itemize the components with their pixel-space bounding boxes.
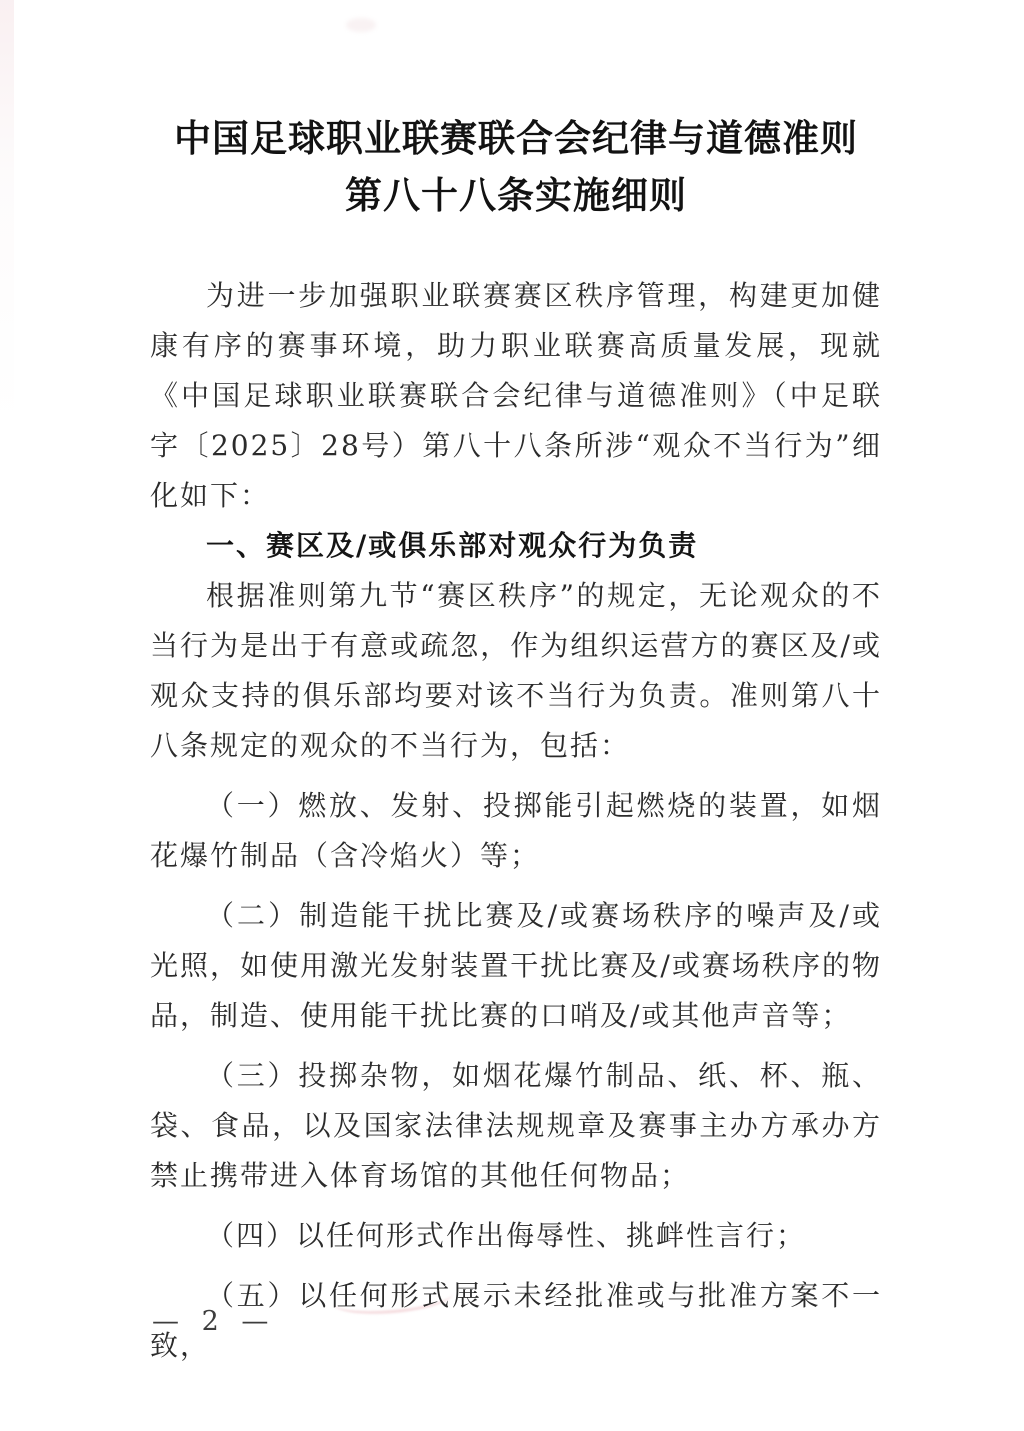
page-number: — 2 — [152,1306,275,1337]
document-title-line-2: 第八十八条实施细则 [150,167,882,224]
document-title: 中国足球职业联赛联合会纪律与道德准则 第八十八条实施细则 [150,110,882,224]
paragraph: 根据准则第九节“赛区秩序”的规定，无论观众的不当行为是出于有意或疏忽，作为组织运… [150,571,882,771]
paragraph: （四）以任何形式作出侮辱性、挑衅性言行； [150,1211,882,1261]
document-content: 中国足球职业联赛联合会纪律与道德准则 第八十八条实施细则 为进一步加强职业联赛赛… [150,0,882,1371]
section-heading: 一、赛区及/或俱乐部对观众行为负责 [150,521,882,571]
document-title-line-1: 中国足球职业联赛联合会纪律与道德准则 [150,110,882,167]
paragraph: 为进一步加强职业联赛赛区秩序管理，构建更加健康有序的赛事环境，助力职业联赛高质量… [150,271,882,521]
paragraph: （一）燃放、发射、投掷能引起燃烧的装置，如烟花爆竹制品（含冷焰火）等； [150,781,882,881]
scanned-page: 中国足球职业联赛联合会纪律与道德准则 第八十八条实施细则 为进一步加强职业联赛赛… [0,0,1024,1431]
scan-artifact-left-edge [0,0,14,430]
paragraph: （二）制造能干扰比赛及/或赛场秩序的噪声及/或光照，如使用激光发射装置干扰比赛及… [150,891,882,1041]
paragraph: （三）投掷杂物，如烟花爆竹制品、纸、杯、瓶、袋、食品，以及国家法律法规规章及赛事… [150,1051,882,1201]
document-body: 为进一步加强职业联赛赛区秩序管理，构建更加健康有序的赛事环境，助力职业联赛高质量… [150,271,882,1371]
